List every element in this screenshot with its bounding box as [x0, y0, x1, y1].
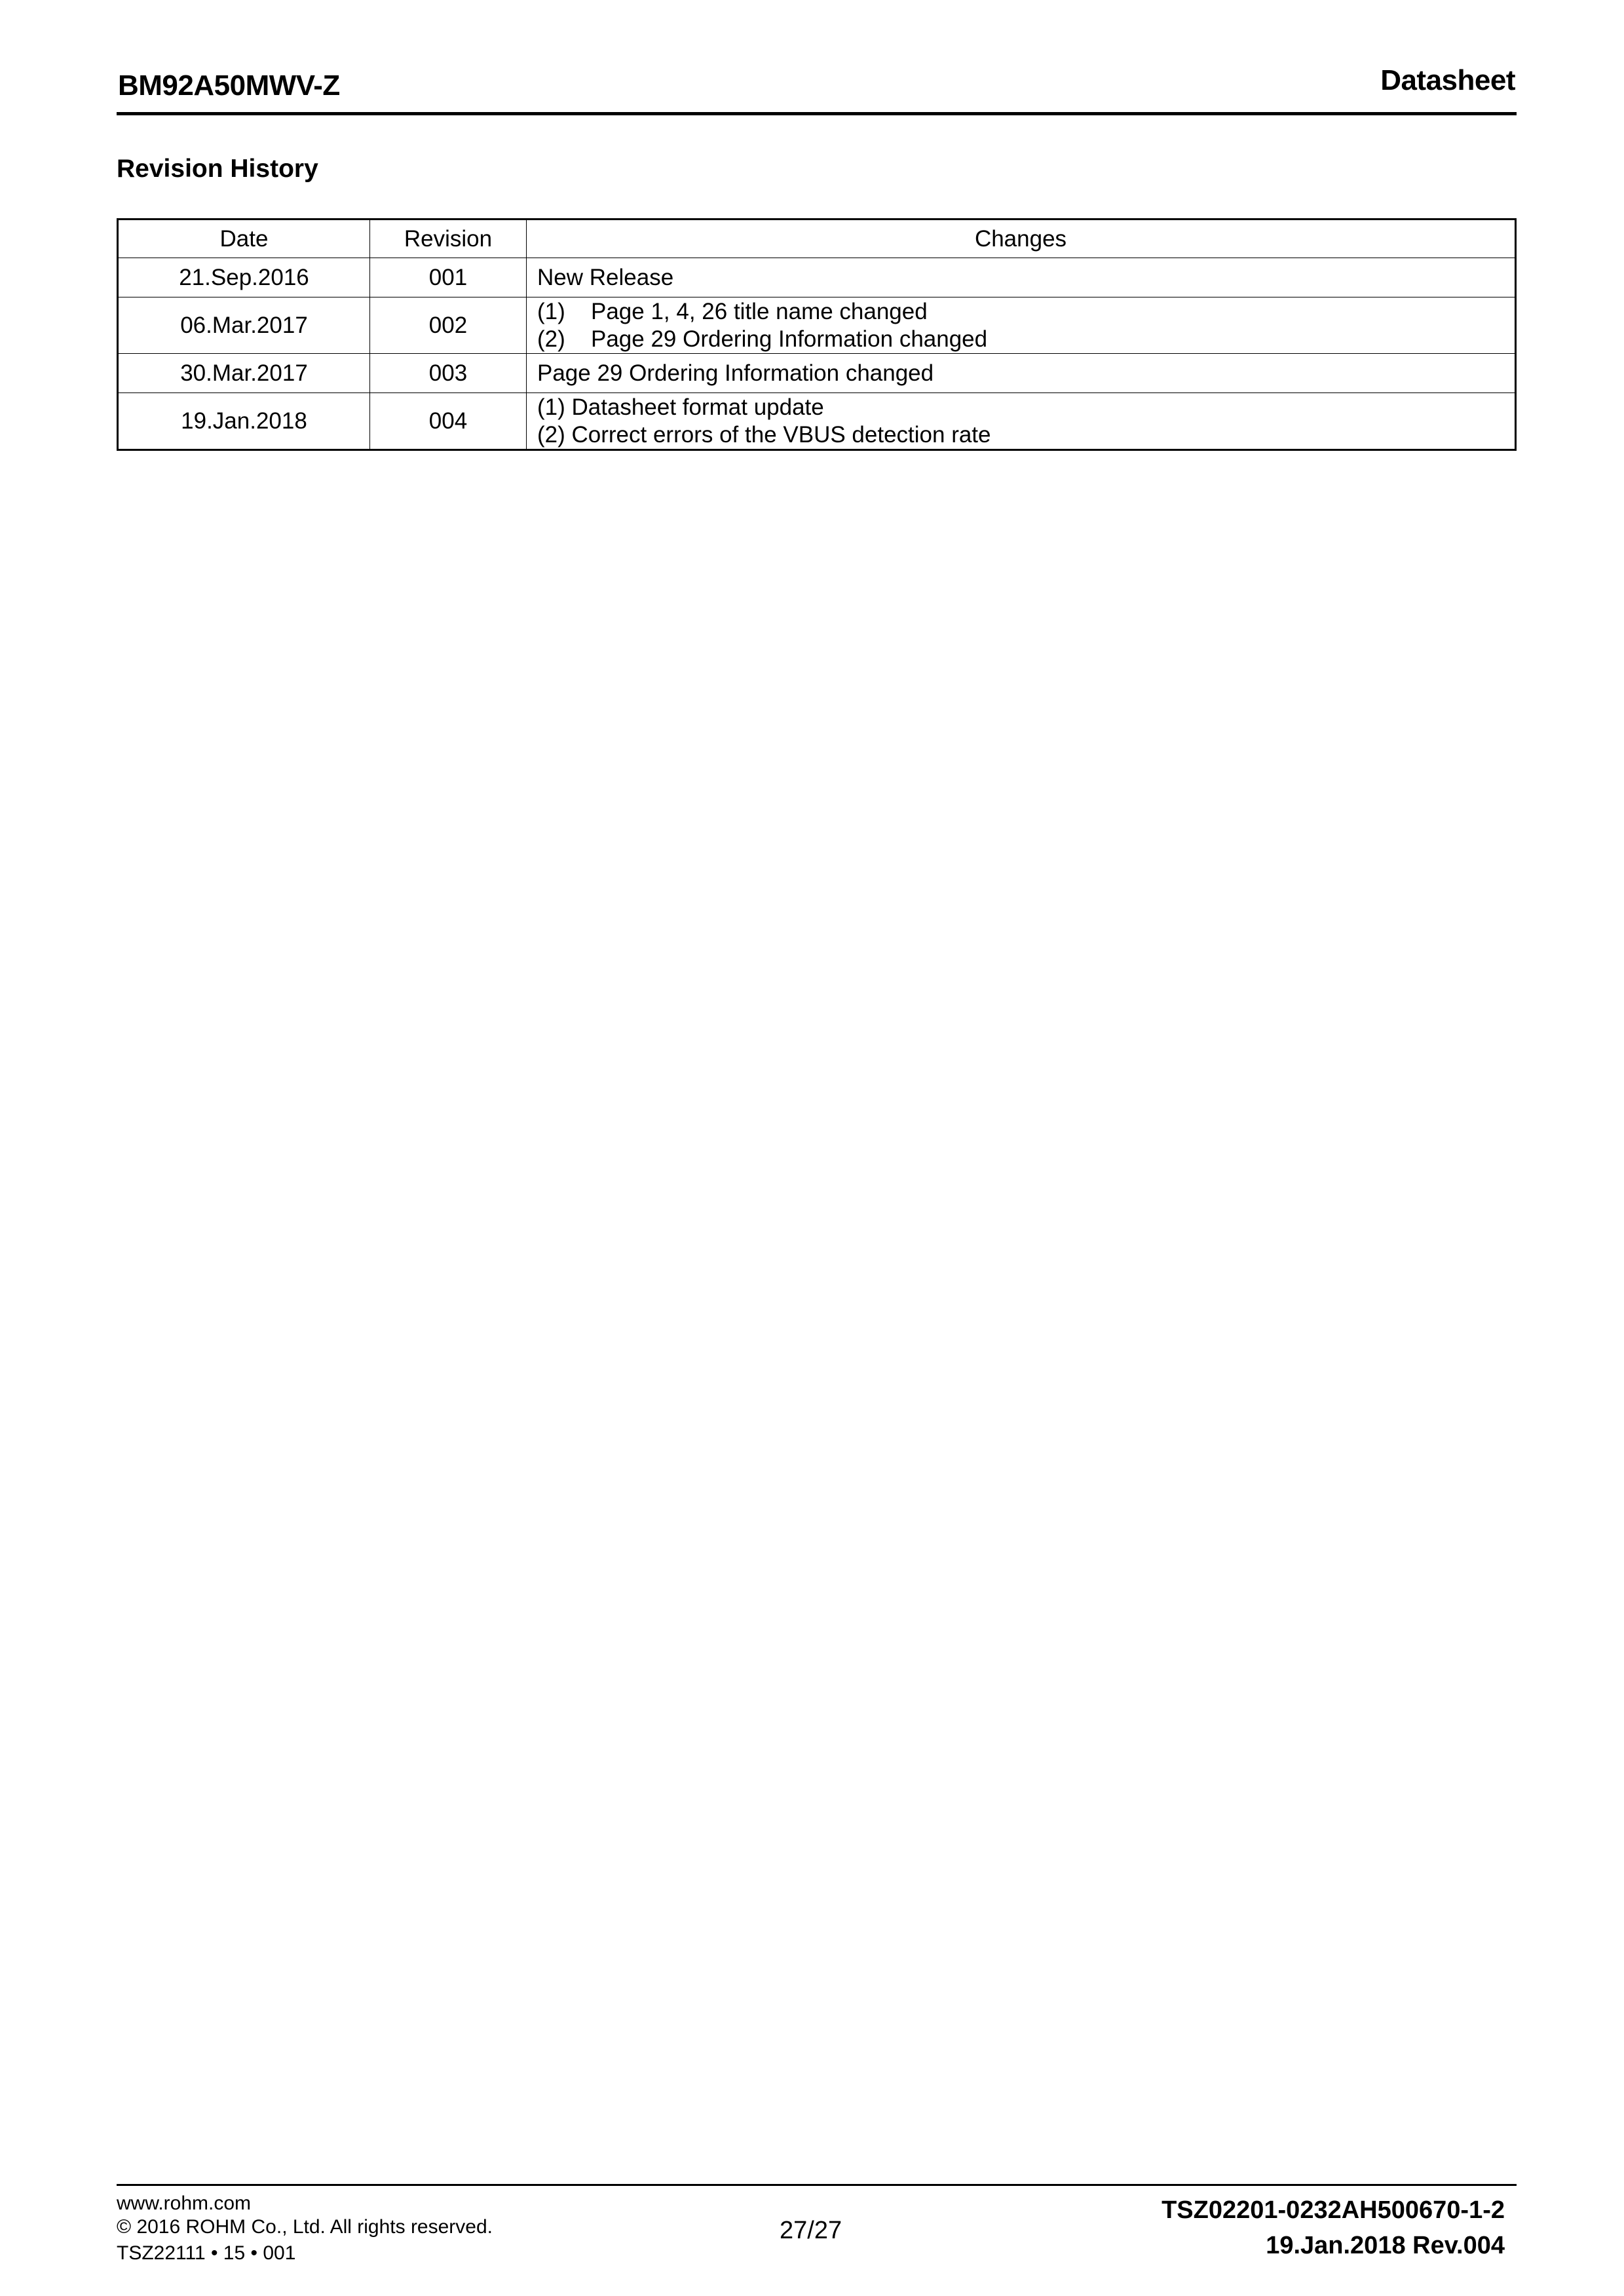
- table-header-row: Date Revision Changes: [118, 220, 1516, 258]
- cell-changes: (1)Page 1, 4, 26 title name changed (2)P…: [527, 297, 1516, 354]
- cell-date: 21.Sep.2016: [118, 258, 370, 297]
- table-row: 06.Mar.2017 002 (1)Page 1, 4, 26 title n…: [118, 297, 1516, 354]
- change-line: (2) Correct errors of the VBUS detection…: [537, 421, 1504, 449]
- footer-form-code: TSZ22111 • 15 • 001: [117, 2242, 493, 2265]
- change-line: (1) Datasheet format update: [537, 394, 1504, 421]
- footer-document-number: TSZ02201-0232AH500670-1-2: [1161, 2194, 1505, 2227]
- table-row: 19.Jan.2018 004 (1) Datasheet format upd…: [118, 393, 1516, 450]
- document-part-number: BM92A50MWV-Z: [118, 69, 340, 102]
- table-row: 21.Sep.2016 001 New Release: [118, 258, 1516, 297]
- header-divider: [117, 112, 1517, 115]
- footer-date-revision: 19.Jan.2018 Rev.004: [1161, 2229, 1505, 2262]
- cell-changes: Page 29 Ordering Information changed: [527, 354, 1516, 393]
- change-number: (2): [537, 326, 591, 353]
- column-header-changes: Changes: [527, 220, 1516, 258]
- cell-date: 06.Mar.2017: [118, 297, 370, 354]
- footer-right-block: TSZ02201-0232AH500670-1-2 19.Jan.2018 Re…: [1161, 2194, 1505, 2262]
- cell-changes: New Release: [527, 258, 1516, 297]
- cell-revision: 004: [370, 393, 527, 450]
- change-number: (1): [537, 298, 591, 326]
- cell-date: 19.Jan.2018: [118, 393, 370, 450]
- cell-date: 30.Mar.2017: [118, 354, 370, 393]
- change-line: (1)Page 1, 4, 26 title name changed: [537, 298, 1504, 326]
- document-type: Datasheet: [1380, 64, 1515, 97]
- cell-revision: 002: [370, 297, 527, 354]
- column-header-date: Date: [118, 220, 370, 258]
- footer-website-link[interactable]: www.rohm.com: [117, 2192, 493, 2215]
- table-row: 30.Mar.2017 003 Page 29 Ordering Informa…: [118, 354, 1516, 393]
- cell-changes: (1) Datasheet format update (2) Correct …: [527, 393, 1516, 450]
- page-number: 27/27: [780, 2217, 842, 2245]
- change-line: New Release: [537, 264, 1504, 292]
- column-header-revision: Revision: [370, 220, 527, 258]
- footer-copyright: © 2016 ROHM Co., Ltd. All rights reserve…: [117, 2216, 493, 2238]
- footer-left-block: www.rohm.com © 2016 ROHM Co., Ltd. All r…: [117, 2192, 493, 2265]
- cell-revision: 001: [370, 258, 527, 297]
- section-title: Revision History: [117, 155, 318, 183]
- change-line: (2)Page 29 Ordering Information changed: [537, 326, 1504, 353]
- footer-divider: [117, 2184, 1517, 2186]
- change-text: Page 1, 4, 26 title name changed: [591, 299, 928, 324]
- change-line: Page 29 Ordering Information changed: [537, 360, 1504, 387]
- cell-revision: 003: [370, 354, 527, 393]
- revision-history-table: Date Revision Changes 21.Sep.2016 001 Ne…: [117, 218, 1517, 451]
- change-text: Page 29 Ordering Information changed: [591, 326, 987, 352]
